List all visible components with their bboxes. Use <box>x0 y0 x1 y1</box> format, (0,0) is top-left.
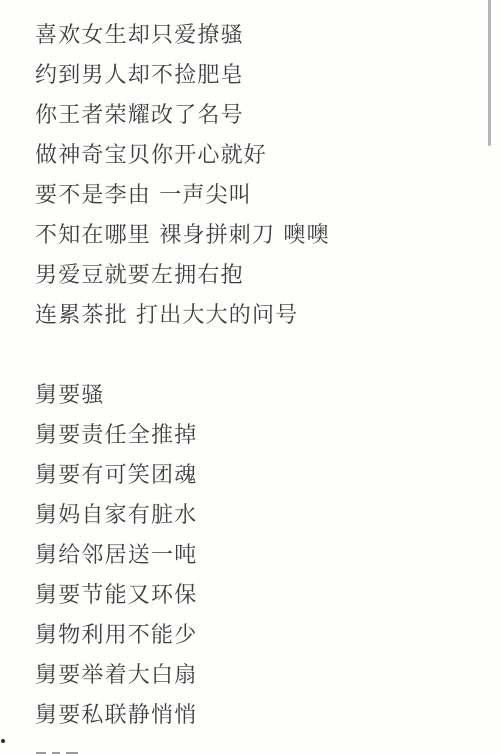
lyric-line: 约到男人却不捡肥皂 <box>35 56 480 96</box>
lyric-line: 舅要有可笑团魂 <box>35 456 480 496</box>
lyric-line: 舅给邻居送一吨 <box>35 536 480 576</box>
lyric-line: 男爱豆就要左拥右抱 <box>35 256 480 296</box>
stanza-2: 舅要骚舅要责任全推掉舅要有可笑团魂舅妈自家有脏水舅给邻居送一吨舅要节能又环保舅物… <box>35 376 480 736</box>
lyric-line: 舅要私联静悄悄 <box>35 696 480 736</box>
lyric-line: 连累茶批 打出大大的问号 <box>35 296 480 336</box>
lyrics-text-block: 喜欢女生却只爱撩骚约到男人却不捡肥皂你王者荣耀改了名号做神奇宝贝你开心就好要不是… <box>35 16 480 736</box>
lyric-line: 舅要责任全推掉 <box>35 416 480 456</box>
scrollbar-thumb[interactable] <box>488 0 491 146</box>
lyrics-page: 喜欢女生却只爱撩骚约到男人却不捡肥皂你王者荣耀改了名号做神奇宝贝你开心就好要不是… <box>0 0 500 754</box>
stanza-gap <box>35 336 480 376</box>
stanza-1: 喜欢女生却只爱撩骚约到男人却不捡肥皂你王者荣耀改了名号做神奇宝贝你开心就好要不是… <box>35 16 480 336</box>
lyric-line: 不知在哪里 裸身拼刺刀 噢噢 <box>35 216 480 256</box>
lyric-line: 做神奇宝贝你开心就好 <box>35 136 480 176</box>
lyric-line: 舅要举着大白扇 <box>35 656 480 696</box>
stray-dot <box>1 739 5 743</box>
lyric-line: 要不是李由 一声尖叫 <box>35 176 480 216</box>
lyric-line: 你王者荣耀改了名号 <box>35 96 480 136</box>
lyric-line: 舅要节能又环保 <box>35 576 480 616</box>
lyric-line: 喜欢女生却只爱撩骚 <box>35 16 480 56</box>
lyric-line: 舅妈自家有脏水 <box>35 496 480 536</box>
lyric-line: 舅物利用不能少 <box>35 616 480 656</box>
lyric-line: 舅要骚 <box>35 376 480 416</box>
